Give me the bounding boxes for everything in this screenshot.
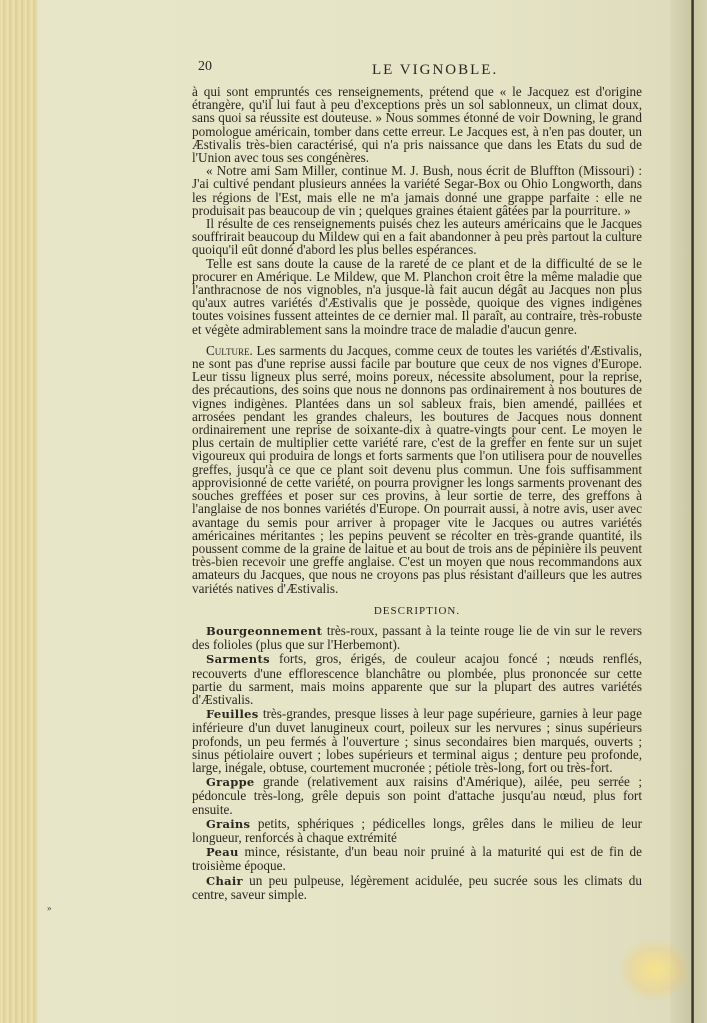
term-label: Chair bbox=[206, 874, 243, 888]
page-fold-line bbox=[691, 0, 694, 1023]
running-title: LE VIGNOBLE. bbox=[372, 64, 498, 77]
desc-peau: Peau mince, résistante, d'un beau noir p… bbox=[192, 845, 642, 872]
paragraph-rarete: Telle est sans doute la cause de la rare… bbox=[192, 257, 642, 336]
page-header: 20 LE VIGNOBLE. bbox=[192, 60, 642, 82]
term-text: un peu pulpeuse, légèrement acidulée, pe… bbox=[192, 873, 642, 902]
page-number: 20 bbox=[198, 60, 212, 73]
culture-text: Les sarments du Jacques, comme ceux de t… bbox=[192, 343, 642, 596]
term-label: Grains bbox=[206, 817, 250, 831]
term-label: Sarments bbox=[206, 652, 270, 666]
term-text: mince, résistante, d'un beau noir pruiné… bbox=[192, 844, 642, 873]
desc-sarments: Sarments forts, gros, érigés, de couleur… bbox=[192, 652, 642, 706]
description-heading: DESCRIPTION. bbox=[192, 605, 642, 618]
desc-bourgeonnement: Bourgeonnement très-roux, passant à la t… bbox=[192, 624, 642, 651]
paragraph-quote-miller: « Notre ami Sam Miller, continue M. J. B… bbox=[192, 164, 642, 217]
desc-grains: Grains petits, sphériques ; pédicelles l… bbox=[192, 817, 642, 844]
next-page-strip bbox=[670, 0, 707, 1023]
desc-feuilles: Feuilles très-grandes, presque lisses à … bbox=[192, 707, 642, 774]
term-label: Feuilles bbox=[206, 707, 259, 721]
term-text: très-grandes, presque lisses à leur page… bbox=[192, 706, 642, 775]
paragraph-intro: à qui sont empruntés ces renseignements,… bbox=[192, 85, 642, 164]
page-content: 20 LE VIGNOBLE. à qui sont empruntés ces… bbox=[192, 60, 642, 901]
term-text: grande (relativement aux raisins d'Améri… bbox=[192, 774, 642, 816]
paragraph-mildew: Il résulte de ces renseignements puisés … bbox=[192, 217, 642, 257]
term-text: petits, sphériques ; pédicelles longs, g… bbox=[192, 816, 642, 845]
book-page-edges bbox=[0, 0, 38, 1023]
term-label: Grappe bbox=[206, 775, 255, 789]
term-label: Peau bbox=[206, 845, 239, 859]
margin-mark: » bbox=[47, 903, 52, 913]
term-label: Bourgeonnement bbox=[206, 624, 322, 638]
paragraph-culture: Culture. Les sarments du Jacques, comme … bbox=[192, 344, 642, 595]
desc-grappe: Grappe grande (relativement aux raisins … bbox=[192, 775, 642, 816]
light-glare bbox=[620, 940, 690, 1000]
desc-chair: Chair un peu pulpeuse, légèrement acidul… bbox=[192, 874, 642, 901]
